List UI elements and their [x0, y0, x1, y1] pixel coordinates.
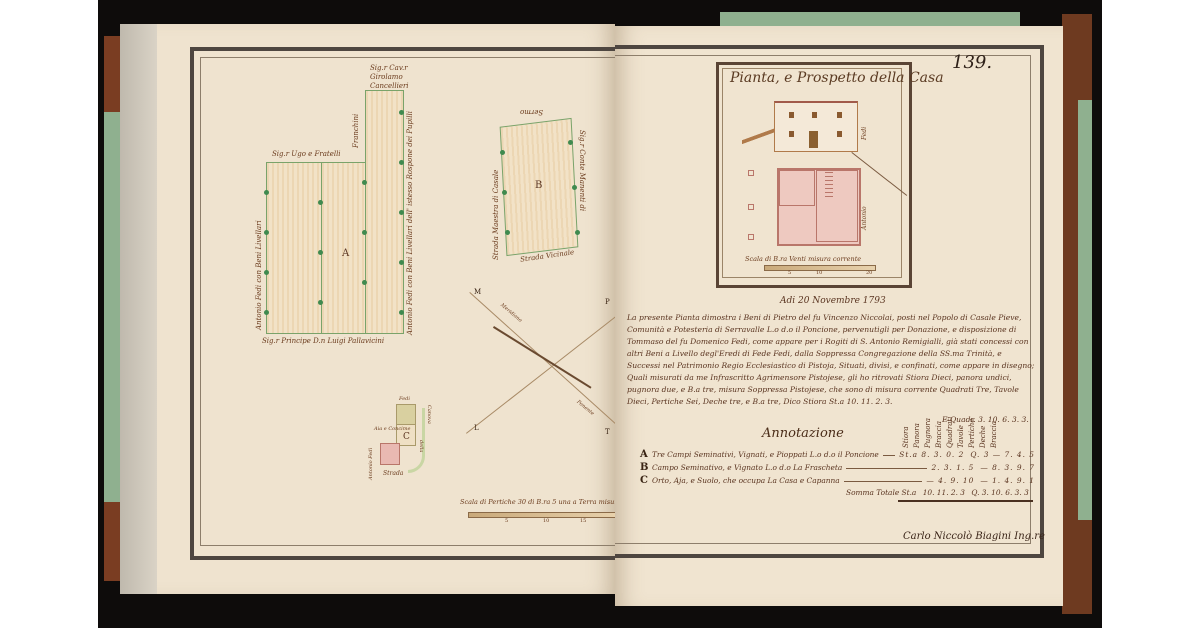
row-leader-line: [883, 454, 895, 456]
tree-icon: [575, 230, 580, 235]
door-icon: [809, 131, 818, 148]
column-head: Pertiche: [968, 424, 976, 448]
tree-icon: [318, 250, 323, 255]
plot-c-antonio-fedi-label: Antonio Fedi: [368, 440, 374, 480]
document-body-text: La presente Pianta dimostra i Beni di Pi…: [627, 312, 1035, 408]
document-closing-total: E Quadr. 3. 10. 6. 3. 3.: [942, 415, 1029, 424]
field-a-strip-1: [266, 162, 323, 334]
house-scale-caption: Scala di B.ra Venti misura corrente: [745, 255, 861, 263]
house-side-label-antonio: Antonio: [861, 190, 868, 230]
window-icon: [812, 112, 817, 118]
column-head: Stiora: [902, 424, 910, 448]
total-old-measure: 10. 11. 2. 3: [923, 488, 965, 497]
plot-c-label: C: [403, 432, 410, 442]
total-underline: [898, 500, 1033, 502]
compass-m: M: [474, 288, 481, 296]
annotation-total-row: Somma Totale St.a 10. 11. 2. 3 Q. 3. 10.…: [846, 488, 1029, 497]
tree-icon: [318, 200, 323, 205]
row-new-measure: — 8. 3. 9. 7: [980, 463, 1035, 472]
plot-c-strada-label: Strada: [383, 470, 403, 477]
tree-icon: [264, 310, 269, 315]
tree-icon: [264, 190, 269, 195]
window-icon: [837, 131, 842, 137]
row-description: Orto, Aja, e Suolo, che occupa La Casa e…: [652, 476, 840, 485]
plot-c-della-label: della: [418, 440, 424, 452]
column-head: Braccia: [935, 424, 943, 448]
window-icon: [789, 112, 794, 118]
neighbor-bottom: Sig.r Principe D.n Luigi Pallavicini: [262, 337, 384, 345]
compass-l: L: [474, 424, 479, 432]
left-scale-tick: 10: [543, 518, 549, 524]
tree-icon: [505, 230, 510, 235]
compass-p: P: [605, 298, 610, 306]
row-old-measure: 2. 3. 1. 5: [931, 463, 974, 472]
column-head: Pugnora: [924, 424, 932, 448]
annotation-title: Annotazione: [762, 426, 844, 441]
annotation-row-b: B Campo Seminativo, e Vignato L.o d.o La…: [640, 462, 1035, 473]
neighbor-notch: Franchini: [352, 108, 360, 148]
row-old-measure: St.a 8. 3. 0. 2: [899, 450, 964, 459]
page-number: 139.: [952, 52, 992, 73]
row-description: Tre Campi Seminativi, Vignati, e Pioppat…: [652, 450, 879, 459]
plot-c-aia-concime-label: Aia e Concime: [374, 426, 410, 432]
row-leader-line: [844, 480, 923, 482]
tree-icon: [399, 160, 404, 165]
column-head: Quadrati: [946, 424, 954, 448]
row-old-measure: — 4. 9. 10: [926, 476, 974, 485]
row-new-measure: Q. 3 — 7. 4. 5: [970, 450, 1035, 459]
column-head: Panora: [913, 424, 921, 448]
row-leader-line: [846, 467, 927, 469]
window-icon: [837, 112, 842, 118]
pillar-icon: [748, 234, 754, 240]
book-cover-right-green-cloth: [1078, 100, 1092, 520]
left-scale-tick: 5: [505, 518, 508, 524]
neighbor-top-right: Sig.r Cav.r Girolamo Cancellieri: [370, 64, 430, 91]
tree-icon: [399, 210, 404, 215]
tree-icon: [264, 270, 269, 275]
row-letter: B: [640, 462, 652, 473]
neighbor-right: Antonio Fedi con Beni Livellari dell' is…: [406, 95, 414, 335]
plot-c-orto: [380, 443, 400, 465]
pillar-icon: [748, 170, 754, 176]
row-letter: A: [640, 449, 652, 460]
compass-t: T: [605, 428, 610, 436]
row-new-measure: — 1. 4. 9. 1: [980, 476, 1035, 485]
tree-icon: [362, 180, 367, 185]
window-icon: [789, 131, 794, 137]
row-letter: C: [640, 475, 652, 486]
column-head: Tavole: [957, 424, 965, 448]
pillar-icon: [748, 204, 754, 210]
house-side-label-fedi: Fedi: [861, 110, 868, 140]
tree-icon: [362, 230, 367, 235]
column-head: Deche: [979, 424, 987, 448]
document-date: Adi 20 Novembre 1793: [780, 296, 886, 306]
house-plan-title: Pianta, e Prospetto della Casa: [730, 70, 944, 86]
plot-c-canova-label: Canova: [426, 405, 432, 424]
tree-icon: [318, 300, 323, 305]
tree-icon: [399, 310, 404, 315]
house-scale-tick: 10: [816, 270, 822, 276]
book-cover-top-edge: [720, 12, 1020, 26]
tree-icon: [502, 190, 507, 195]
surveyor-signature: Carlo Niccolò Biagini Ing.re: [903, 531, 1045, 542]
total-new-measure: Q. 3. 10. 6. 3. 3: [971, 488, 1028, 497]
annotation-row-a: A Tre Campi Seminativi, Vignati, e Piopp…: [640, 449, 1035, 460]
tree-icon: [568, 140, 573, 145]
house-scale-tick: 5: [788, 270, 791, 276]
tree-icon: [399, 110, 404, 115]
annotation-column-heads: Stiora Panora Pugnora Braccia Quadrati T…: [902, 424, 998, 448]
house-scale-tick: 20: [866, 270, 872, 276]
plot-c-fedi-label: Fedi: [399, 396, 410, 402]
tree-icon: [572, 185, 577, 190]
staircase-icon: [825, 172, 833, 197]
tree-icon: [362, 280, 367, 285]
tree-icon: [500, 150, 505, 155]
neighbor-b-right: Sig.r Conte Manenti di: [578, 130, 586, 240]
field-b-label: B: [535, 180, 542, 191]
tree-icon: [399, 260, 404, 265]
annotation-row-c: C Orto, Aja, e Suolo, che occupa La Casa…: [640, 475, 1035, 486]
neighbor-b-top: Sermo: [520, 108, 543, 116]
neighbor-b-left: Strada Maestra di Casale: [492, 150, 500, 260]
neighbor-left: Antonio Fedi con Beni Livellari: [255, 185, 263, 330]
row-description: Campo Seminativo, e Vignato L.o d.o La F…: [652, 463, 842, 472]
shed-roof-icon: [742, 124, 774, 148]
plan-room: [816, 170, 858, 242]
left-scale-tick: 15: [580, 518, 586, 524]
neighbor-top-left: Sig.r Ugo e Fratelli: [272, 150, 341, 158]
field-a-label: A: [342, 248, 349, 259]
column-head: Braccia: [990, 424, 998, 448]
plan-room: [779, 170, 815, 206]
tree-icon: [264, 230, 269, 235]
total-label: Somma Totale St.a: [846, 488, 916, 497]
